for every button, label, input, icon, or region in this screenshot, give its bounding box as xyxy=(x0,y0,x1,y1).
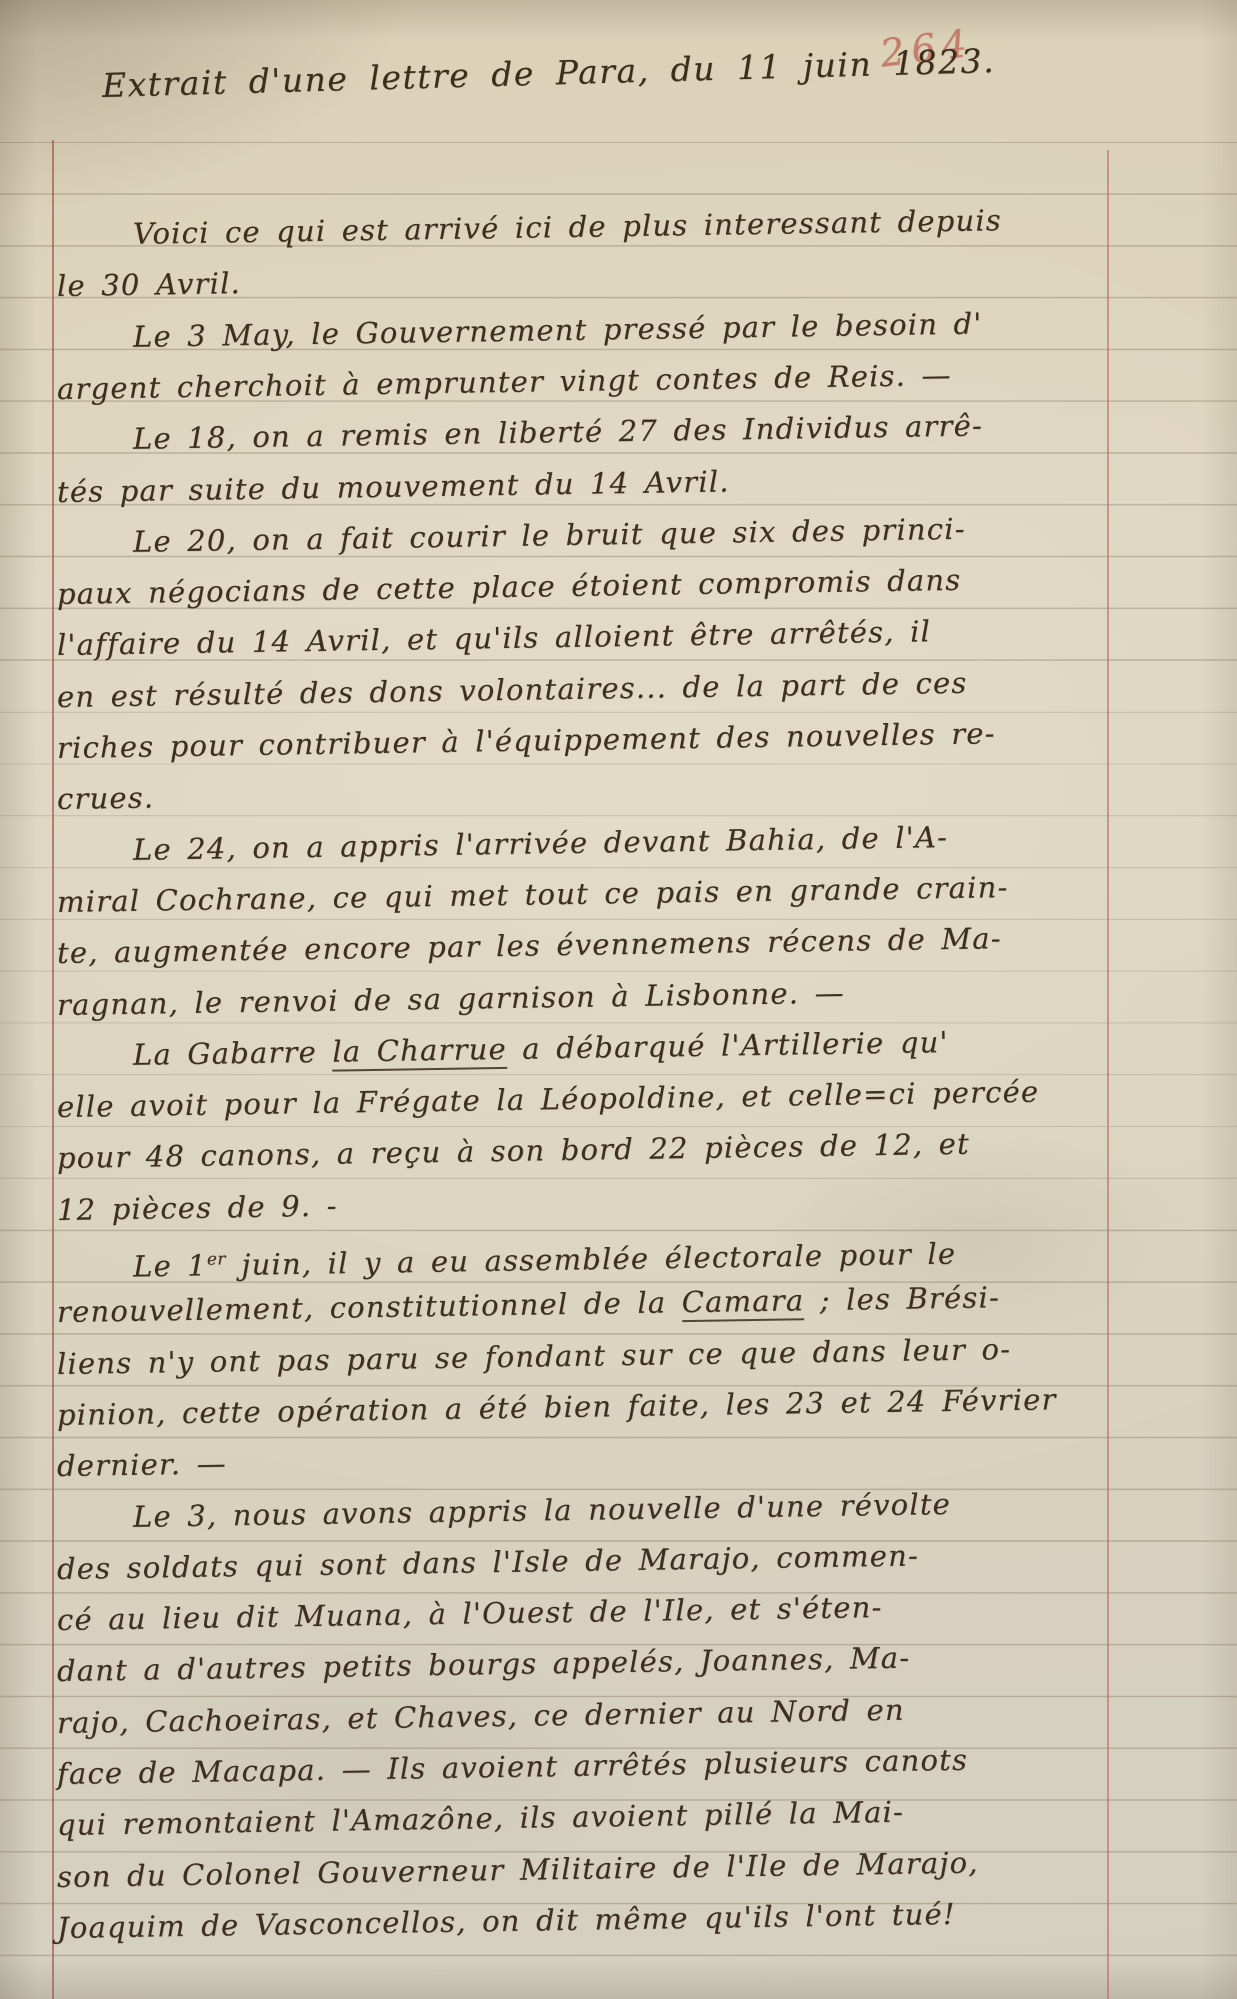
handwritten-text: argent cherchoit à emprunter vingt conte… xyxy=(57,358,952,406)
handwritten-text: Le 18, on a remis en liberté 27 des Indi… xyxy=(133,409,984,456)
handwritten-text: paux négocians de cette place étoient co… xyxy=(57,563,962,611)
handwritten-text: crues. xyxy=(57,781,155,817)
handwritten-text: Le 1 xyxy=(133,1248,207,1283)
underlined-text: Camara xyxy=(681,1284,804,1323)
handwritten-text: tés par suite du mouvement du 14 Avril. xyxy=(57,464,730,509)
handwritten-text: a débarqué l'Artillerie qu' xyxy=(507,1025,949,1066)
handwritten-text: dernier. — xyxy=(57,1447,227,1484)
handwritten-text: l'affaire du 14 Avril, et qu'ils alloien… xyxy=(57,615,932,663)
handwritten-text: te, augmentée encore par les évennemens … xyxy=(57,921,1002,970)
handwritten-text: Joaquim de Vasconcellos, on dit même qu'… xyxy=(57,1897,956,1945)
document-title: Extrait d'une lettre de Para, du 11 juin… xyxy=(101,41,995,105)
handwritten-text: er xyxy=(207,1248,226,1268)
handwritten-text: qui remontaient l'Amazône, ils avoient p… xyxy=(57,1795,905,1842)
handwritten-text: pour 48 canons, a reçu à son bord 22 piè… xyxy=(57,1127,970,1175)
handwritten-text: rajo, Cachoeiras, et Chaves, ce dernier … xyxy=(57,1692,905,1739)
handwritten-text: son du Colonel Gouverneur Militaire de l… xyxy=(57,1845,979,1893)
handwritten-text: cé au lieu dit Muana, à l'Ouest de l'Ile… xyxy=(57,1590,883,1637)
handwritten-text: elle avoit pour la Frégate la Léopoldine… xyxy=(57,1075,1040,1124)
handwritten-text: ragnan, le renvoi de sa garnison à Lisbo… xyxy=(57,975,845,1021)
handwritten-text: Le 24, on a appris l'arrivée devant Bahi… xyxy=(133,820,949,867)
underlined-text: la Charrue xyxy=(332,1032,507,1072)
handwritten-text: Le 3, nous avons appris la nouvelle d'un… xyxy=(133,1486,952,1533)
handwritten-text: face de Macapa. — Ils avoient arrêtés pl… xyxy=(57,1743,969,1791)
handwritten-text: Le 3 May, le Gouvernement pressé par le … xyxy=(133,306,983,353)
handwritten-text: le 30 Avril. xyxy=(57,266,241,303)
handwritten-text: Voici ce qui est arrivé ici de plus inte… xyxy=(133,203,1002,251)
manuscript-page: 264 Extrait d'une lettre de Para, du 11 … xyxy=(0,0,1237,1999)
left-margin-line xyxy=(52,140,54,1999)
handwritten-text: miral Cochrane, ce qui met tout ce pais … xyxy=(57,870,1009,919)
handwritten-text: renouvellement, constitutionnel de la xyxy=(57,1285,682,1329)
handwritten-text: dant a d'autres petits bourgs appelés, J… xyxy=(57,1641,911,1688)
handwritten-text: ; les Brési- xyxy=(804,1280,1000,1317)
handwritten-text: des soldats qui sont dans l'Isle de Mara… xyxy=(57,1538,919,1586)
handwritten-text: en est résulté des dons volontaires... d… xyxy=(57,665,968,713)
handwritten-text: pinion, cette opération a été bien faite… xyxy=(57,1382,1057,1432)
handwritten-text: La Gabarre xyxy=(133,1034,333,1071)
handwritten-text: riches pour contribuer à l'équippement d… xyxy=(57,716,996,765)
handwritten-text: Le 20, on a fait courir le bruit que six… xyxy=(133,512,966,559)
handwritten-text: 12 pièces de 9. - xyxy=(57,1188,338,1226)
handwritten-text: liens n'y ont pas paru se fondant sur ce… xyxy=(57,1332,1012,1381)
